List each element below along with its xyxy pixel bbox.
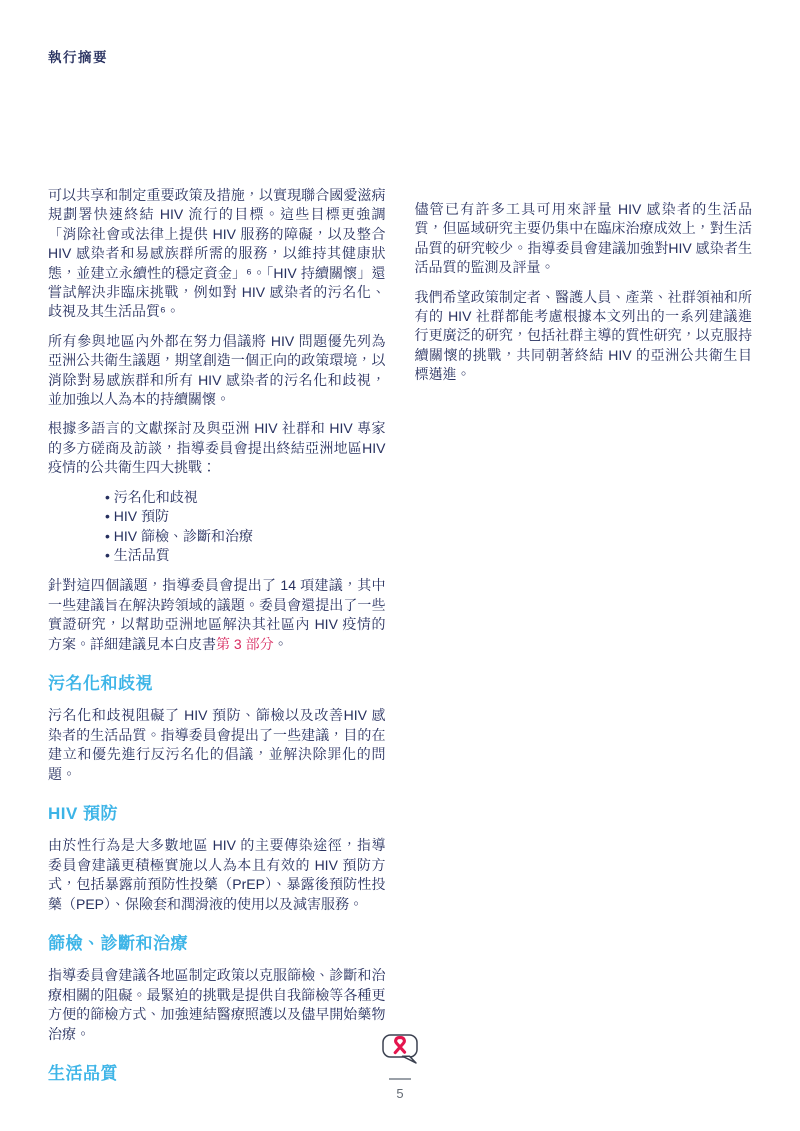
right-column: 儘管已有許多工具可用來評量 HIV 感染者的生活品質，但區域研究主要仍集中在臨床…	[415, 186, 753, 1096]
section-heading-testing: 篩檢、診斷和治療	[48, 934, 386, 953]
page-footer: 5	[0, 1033, 800, 1100]
list-item-testing: HIV 篩檢、診斷和治療	[105, 527, 386, 546]
section-heading-prevention: HIV 預防	[48, 804, 386, 823]
left-column: 可以共享和制定重要政策及措施，以實現聯合國愛滋病規劃署快速終結 HIV 流行的目…	[48, 186, 386, 1096]
paragraph-intro-3: 根據多語言的文獻探討及與亞洲 HIV 社群和 HIV 專家的多方磋商及訪談，指導…	[48, 419, 386, 477]
section-heading-stigma: 污名化和歧視	[48, 674, 386, 693]
section-3-reference: 第 3 部分	[216, 636, 274, 652]
paragraph-recommendations: 針對這四個議題，指導委員會提出了 14 項建議，其中一些建議旨在解決跨領域的議題…	[48, 576, 386, 654]
document-page: 執行摘要 可以共享和制定重要政策及措施，以實現聯合國愛滋病規劃署快速終結 HIV…	[0, 0, 800, 1131]
list-item-stigma: 污名化和歧視	[105, 488, 386, 507]
paragraph-intro-1: 可以共享和制定重要政策及措施，以實現聯合國愛滋病規劃署快速終結 HIV 流行的目…	[48, 186, 386, 322]
section-body-stigma: 污名化和歧視阻礙了 HIV 預防、篩檢以及改善HIV 感染者的生活品質。指導委員…	[48, 706, 386, 784]
list-item-prevention: HIV 預防	[105, 507, 386, 526]
aids-ribbon-speech-bubble-icon	[380, 1033, 420, 1067]
paragraph-intro-2: 所有參與地區內外都在努力倡議將 HIV 問題優先列為亞洲公共衛生議題，期望創造一…	[48, 332, 386, 410]
page-header-label: 執行摘要	[48, 46, 108, 66]
section-body-prevention: 由於性行為是大多數地區 HIV 的主要傳染途徑，指導委員會建議更積極實施以人為本…	[48, 836, 386, 914]
challenge-list: 污名化和歧視 HIV 預防 HIV 篩檢、診斷和治療 生活品質	[48, 488, 386, 566]
paragraph-recommendations-end: 。	[274, 636, 288, 652]
two-column-body: 可以共享和制定重要政策及措施，以實現聯合國愛滋病規劃署快速終結 HIV 流行的目…	[48, 186, 752, 1096]
paragraph-qol-continued: 儘管已有許多工具可用來評量 HIV 感染者的生活品質，但區域研究主要仍集中在臨床…	[415, 200, 753, 278]
list-item-qol: 生活品質	[105, 546, 386, 565]
page-number: 5	[396, 1087, 403, 1100]
footer-divider	[389, 1078, 411, 1080]
paragraph-closing: 我們希望政策制定者、醫護人員、產業、社群領袖和所有的 HIV 社群都能考慮根據本…	[415, 288, 753, 385]
